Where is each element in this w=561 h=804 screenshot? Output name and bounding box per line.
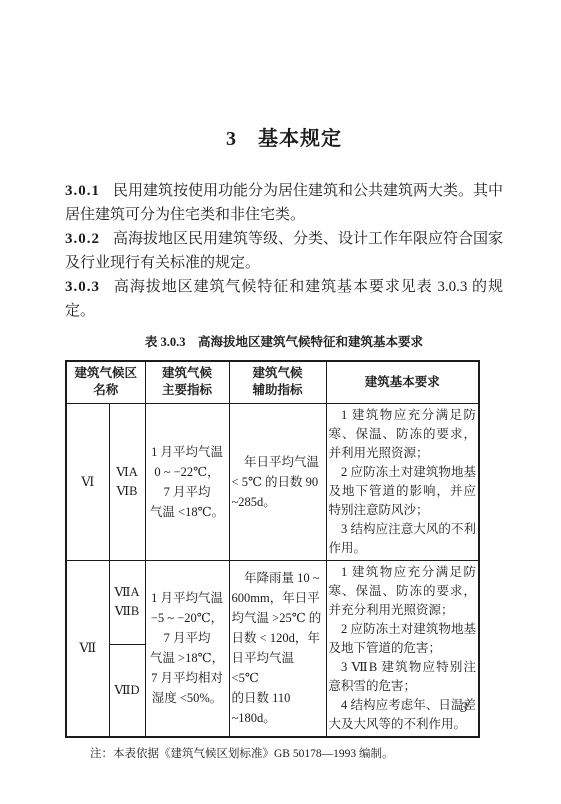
clause-text: 高海拔地区民用建筑等级、分类、设计工作年限应符合国家及行业现行有关标准的规定。 bbox=[65, 231, 503, 271]
table-row-zone-vi: Ⅵ ⅥA ⅥB 1 月平均气温 0 ~ −22℃， 7 月平均 气温 <18℃。… bbox=[66, 403, 479, 560]
clause-number: 3.0.3 bbox=[65, 279, 100, 295]
header-main-indicators: 建筑气候 主要指标 bbox=[145, 361, 229, 403]
requirement-item: 3 ⅦB 建筑物应特别注意积雪的危害； bbox=[329, 658, 477, 696]
subzone-cell-via-vib: ⅥA ⅥB bbox=[109, 403, 145, 560]
main-indicators-cell-vi: 1 月平均气温 0 ~ −22℃， 7 月平均 气温 <18℃。 bbox=[145, 403, 229, 560]
table-row-zone-vii: Ⅶ ⅦA ⅦB 1 月平均气温 −5 ~ −20℃， 7 月平均 气温 >18℃… bbox=[66, 560, 479, 645]
table-note: 注：本表依据《建筑气候区划标准》GB 50178—1993 编制。 bbox=[90, 746, 503, 762]
requirements-cell-vi: 1 建筑物应充分满足防寒、保温、防冻的要求，并利用光照资源； 2 应防冻土对建筑… bbox=[326, 403, 479, 560]
zone-cell-vii: Ⅶ bbox=[66, 560, 109, 737]
clause-text: 民用建筑按使用功能分为居住建筑和公共建筑两大类。其中居住建筑可分为住宅类和非住宅… bbox=[65, 183, 503, 223]
clause-text: 高海拔地区建筑气候特征和建筑基本要求见表 3.0.3 的规定。 bbox=[65, 279, 503, 319]
table-caption: 表 3.0.3 高海拔地区建筑气候特征和建筑基本要求 bbox=[65, 334, 503, 351]
clause-3-0-2: 3.0.2高海拔地区民用建筑等级、分类、设计工作年限应符合国家及行业现行有关标准… bbox=[65, 227, 503, 275]
aux-indicators-cell-vi: 年日平均气温 < 5℃ 的日数 90 ~285d。 bbox=[229, 403, 326, 560]
clause-3-0-1: 3.0.1民用建筑按使用功能分为居住建筑和公共建筑两大类。其中居住建筑可分为住宅… bbox=[65, 179, 503, 227]
main-indicators-cell-vii: 1 月平均气温 −5 ~ −20℃， 7 月平均 气温 >18℃， 7 月平均相… bbox=[145, 560, 229, 737]
table-header-row: 建筑气候区 名称 建筑气候 主要指标 建筑气候 辅助指标 建筑基本要求 bbox=[66, 361, 479, 403]
zone-cell-vi: Ⅵ bbox=[66, 403, 109, 560]
requirement-item: 1 建筑物应充分满足防寒、保温、防冻的要求，并利用光照资源； bbox=[329, 406, 477, 463]
header-zone-name: 建筑气候区 名称 bbox=[66, 361, 145, 403]
page-number: 3 bbox=[452, 700, 476, 717]
document-page: 3 基本规定 3.0.1民用建筑按使用功能分为居住建筑和公共建筑两大类。其中居住… bbox=[0, 0, 561, 804]
subzone-cell-viia-viib: ⅦA ⅦB bbox=[109, 560, 145, 645]
clause-number: 3.0.1 bbox=[65, 183, 100, 199]
requirement-item: 2 应防冻土对建筑物地基及地下管道的影响，并应特别注意防风沙； bbox=[329, 463, 477, 520]
aux-indicators-cell-vii: 年降雨量 10 ~ 600mm，年日平 均气温 >25℃ 的 日数 < 120d… bbox=[229, 560, 326, 737]
requirement-item: 2 应防冻土对建筑物地基及地下管道的危害； bbox=[329, 620, 477, 658]
chapter-title: 3 基本规定 bbox=[65, 127, 503, 151]
header-basic-requirements: 建筑基本要求 bbox=[326, 361, 479, 403]
climate-requirements-table: 建筑气候区 名称 建筑气候 主要指标 建筑气候 辅助指标 建筑基本要求 Ⅵ ⅥA… bbox=[65, 360, 480, 738]
clause-3-0-3: 3.0.3高海拔地区建筑气候特征和建筑基本要求见表 3.0.3 的规定。 bbox=[65, 275, 503, 323]
requirement-item: 1 建筑物应充分满足防寒、保温、防冻的要求，并充分利用光照资源； bbox=[329, 563, 477, 620]
header-aux-indicators: 建筑气候 辅助指标 bbox=[229, 361, 326, 403]
requirement-item: 3 结构应注意大风的不利作用。 bbox=[329, 520, 477, 558]
clause-number: 3.0.2 bbox=[65, 231, 100, 247]
subzone-cell-viid: ⅦD bbox=[109, 645, 145, 737]
